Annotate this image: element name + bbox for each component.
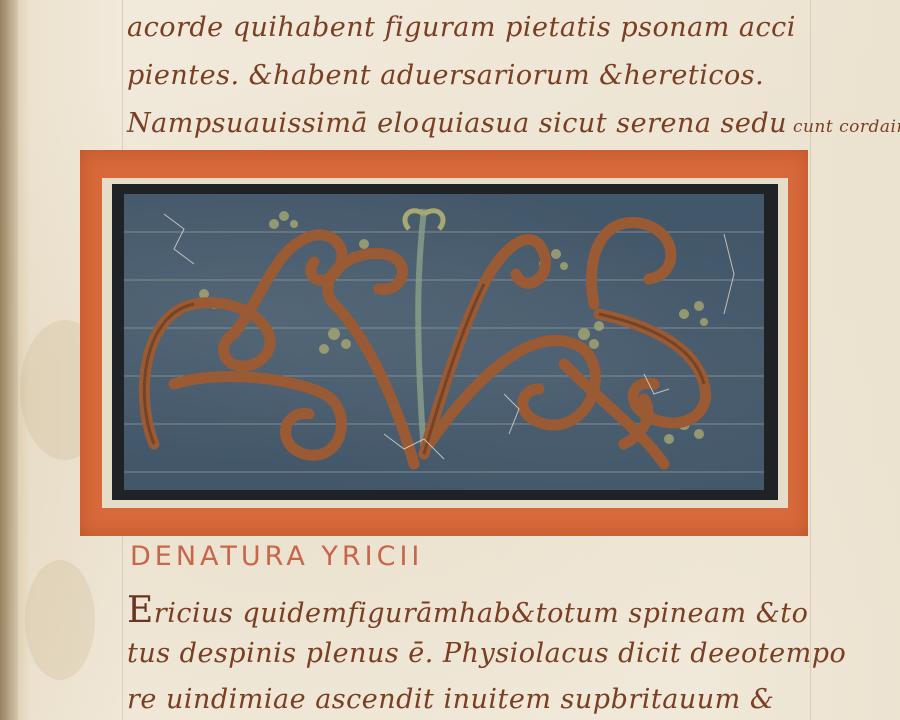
text-line-1: acorde quihabent figuram pietatis psonam… bbox=[127, 12, 796, 43]
scroll-illustration bbox=[124, 194, 764, 490]
text-line-6: re uindimiae ascendit inuitem supbritauu… bbox=[127, 684, 774, 715]
illustration-frame bbox=[80, 150, 808, 536]
rubric-heading: DENATURA YRICII bbox=[130, 541, 423, 572]
text-line-4-rest: ricius quidemfigurāmhab&totum spineam &t… bbox=[154, 598, 809, 629]
text-line-3-small: cunt cordainn bbox=[787, 117, 900, 137]
text-line-4: Ericius quidemfigurāmhab&totum spineam &… bbox=[127, 590, 808, 631]
initial-letter: E bbox=[127, 590, 154, 631]
text-line-3-main: Nampsuauissimā eloquiasua sicut serena s… bbox=[127, 108, 787, 139]
acanthus-scroll-icon bbox=[124, 194, 764, 490]
gutter-stain bbox=[0, 0, 18, 720]
stain bbox=[25, 560, 95, 680]
text-line-2: pientes. &habent aduersariorum &heretico… bbox=[127, 60, 764, 91]
text-line-3: Nampsuauissimā eloquiasua sicut serena s… bbox=[127, 108, 900, 139]
text-line-5: tus despinis plenus ē. Physiolacus dicit… bbox=[127, 638, 846, 669]
